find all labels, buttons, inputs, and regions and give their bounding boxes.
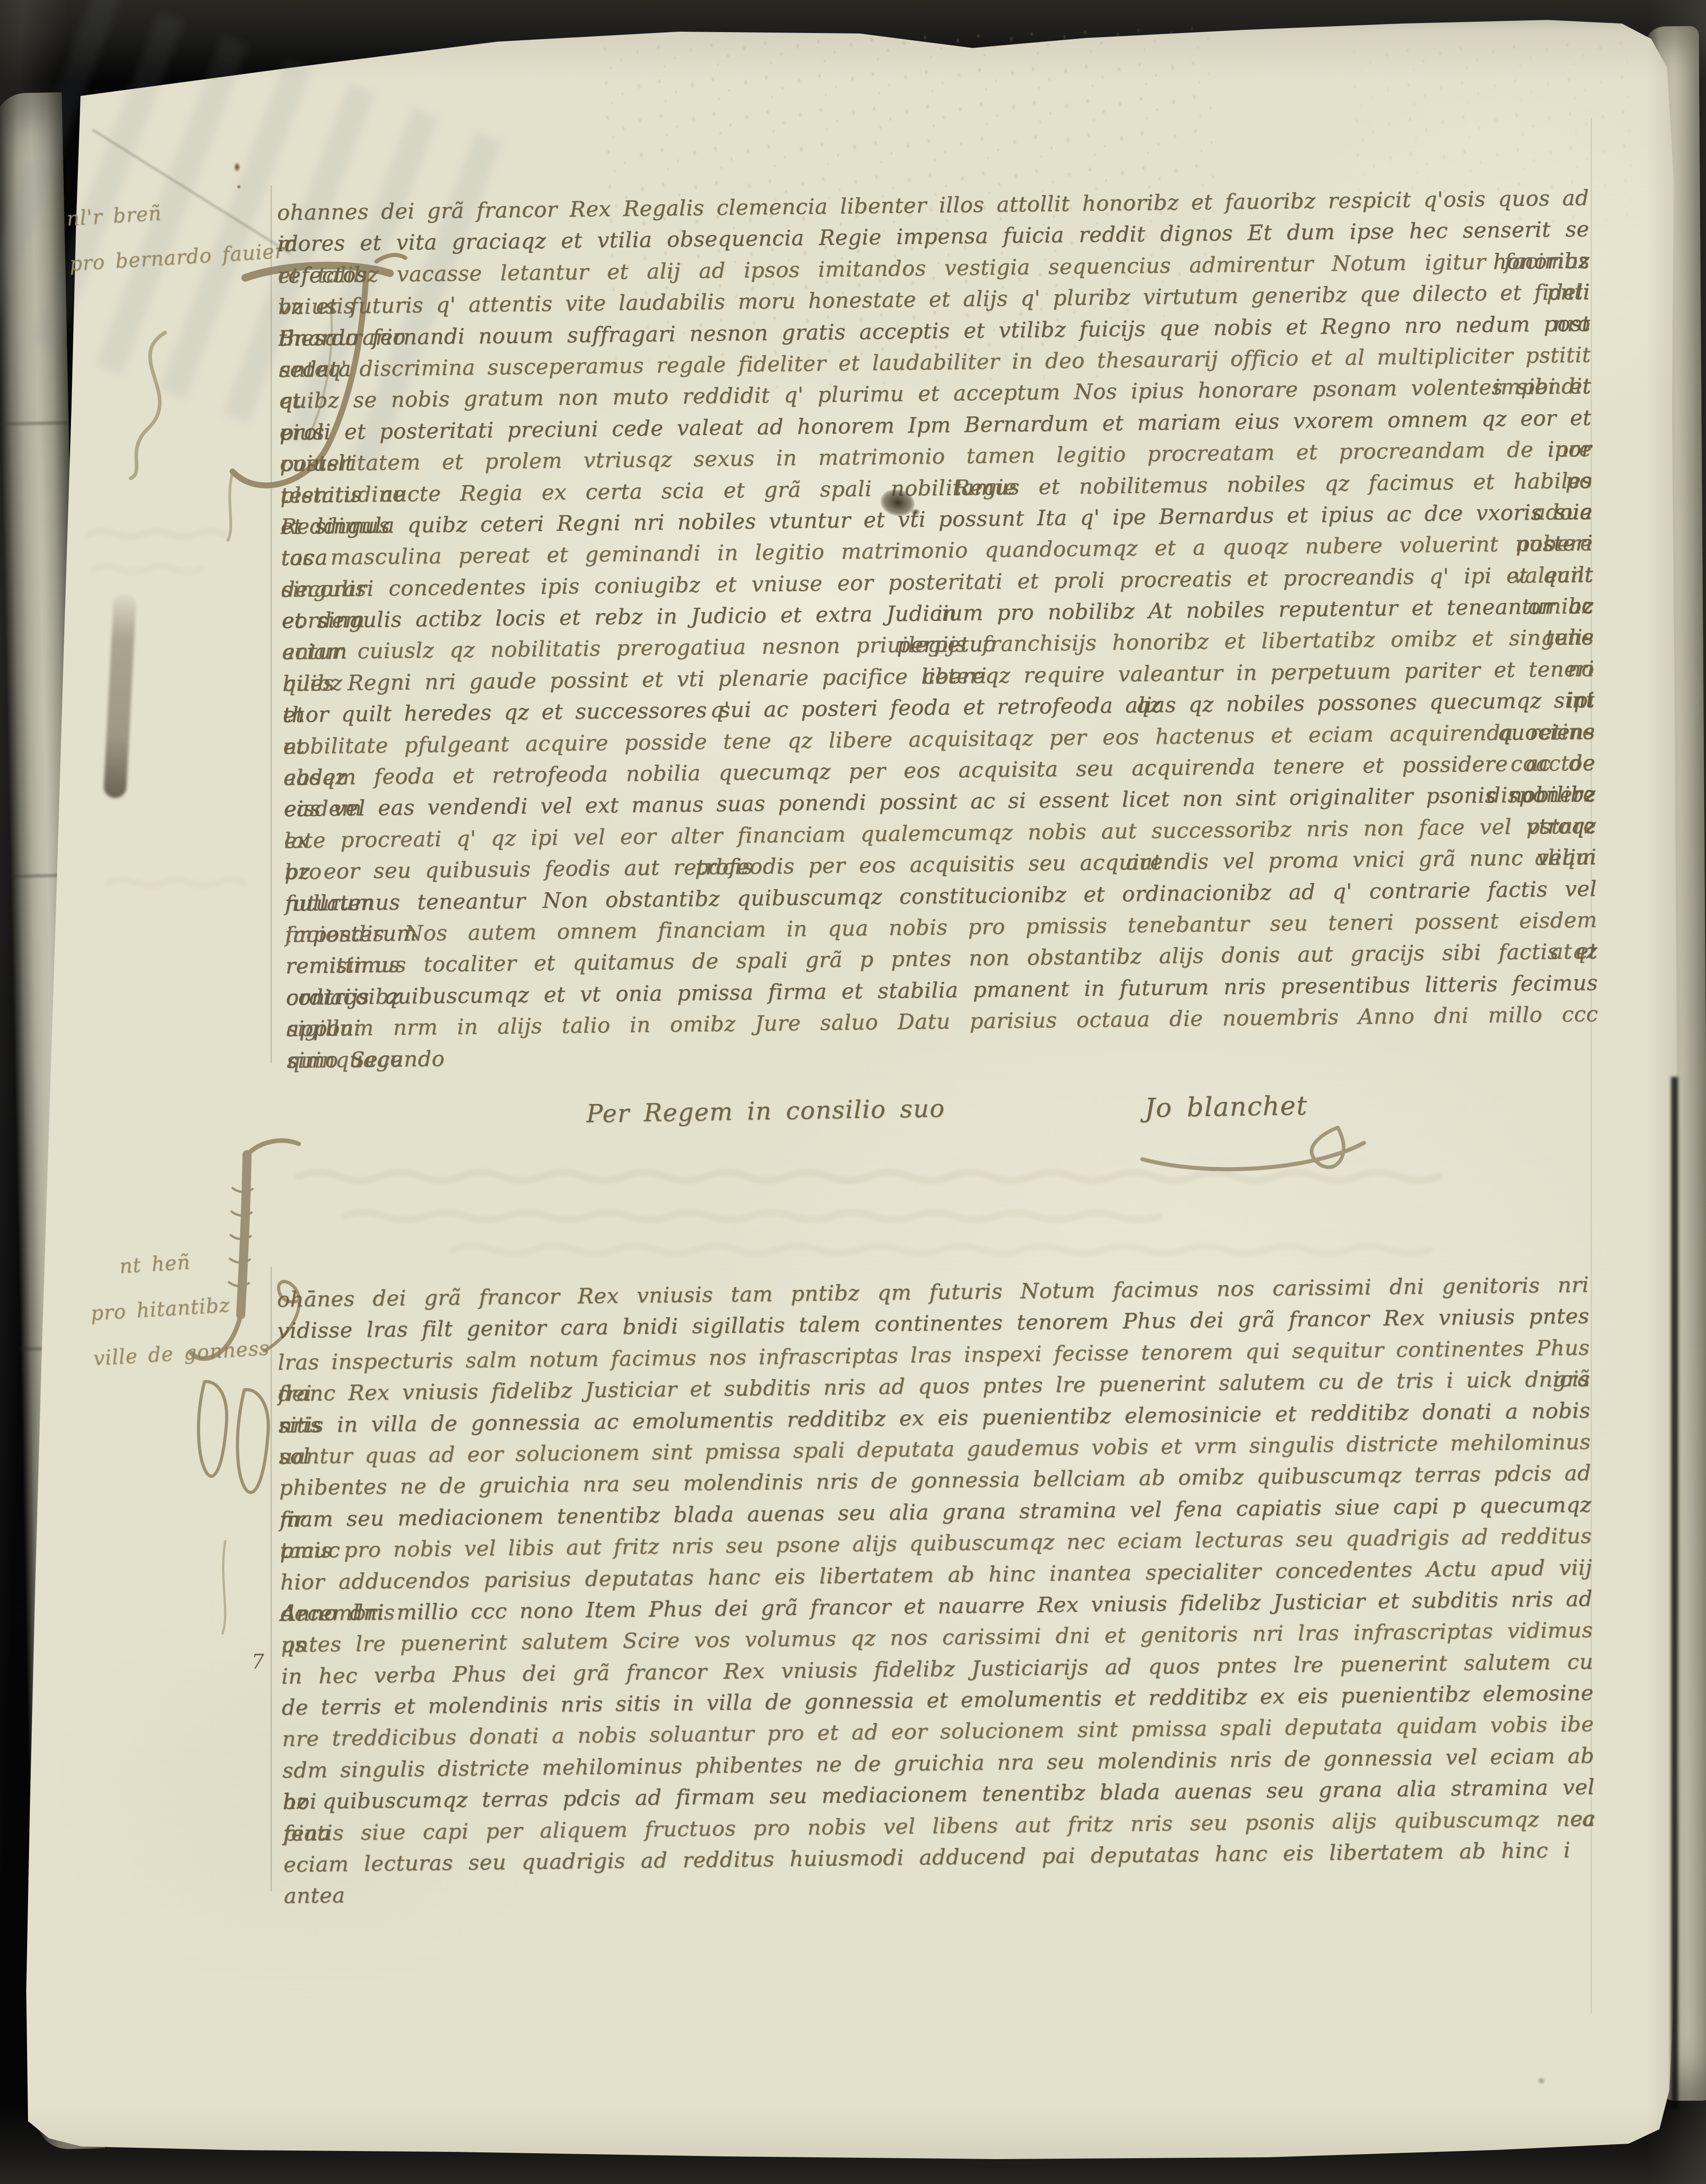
page-gap-shadow: [1671, 1077, 1678, 2108]
manuscript-photo: nl'r breñ pro bernardo fauier ohannes de…: [0, 0, 1706, 2184]
per-regem-subscription: Per Regem in consilio suo: [586, 1094, 946, 1128]
left-margin-rule: [271, 1267, 272, 1891]
charter-2-text-block: ohānes dei grã francor Rex vniusis tam p…: [277, 1269, 1596, 1880]
left-margin-rule: [271, 186, 272, 1063]
charter-1-text-block: ohannes dei grã francor Rex Regalis clem…: [277, 182, 1599, 1076]
margin-note-upper: nl'r breñ pro bernardo fauier: [65, 184, 285, 287]
chancery-signature: Jo blanchet: [1144, 1090, 1307, 1123]
page-edge-ridge: [1, 421, 69, 426]
tironian-et-marker: 7: [252, 1651, 264, 1674]
margin-note-lower: nt heñ pro hitantibz ville de gonness: [86, 1235, 271, 1381]
